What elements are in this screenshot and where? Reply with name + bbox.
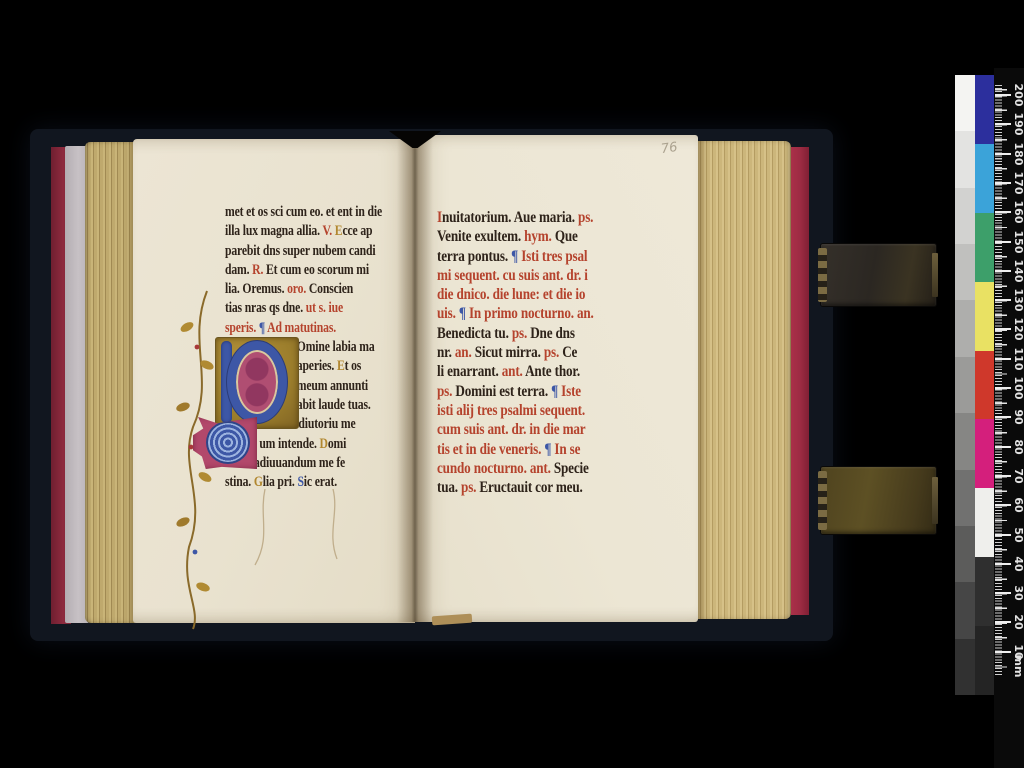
text-run-gold: D: [320, 436, 328, 452]
text-run-red: Ad matutinas.: [267, 320, 336, 336]
manuscript-text-line: illa lux magna allia. V. Ecce ap: [225, 222, 382, 241]
grayscale-patch: [955, 413, 975, 469]
text-run-red: ps.: [437, 383, 455, 400]
text-run-ink: omi: [328, 436, 346, 452]
grayscale-patch: [955, 582, 975, 638]
ruler-tick-label: 110: [1013, 347, 1024, 371]
manuscript-text-line: speris. ¶ Ad matutinas.: [225, 319, 382, 338]
grayscale-patch: [955, 357, 975, 413]
pen-flourish-decoration: [241, 489, 381, 571]
text-run-ink: aperies.: [297, 358, 337, 374]
right-page-stack-edge: [698, 141, 791, 619]
text-run-ink: terra pontus.: [437, 248, 511, 265]
manuscript-text-line: dam. R. Et cum eo scorum mi: [225, 261, 382, 280]
text-run-red: ant.: [502, 363, 525, 380]
clasp-hinge: [818, 248, 827, 302]
book-clasp-bottom: [821, 467, 936, 534]
color-patch: [975, 75, 994, 144]
text-run-red: oro.: [287, 281, 309, 297]
ruler-tick-label: 20: [1013, 610, 1024, 634]
ruler-tick-label: 70: [1013, 464, 1024, 488]
color-patch: [975, 488, 994, 557]
manuscript-text-line: Inuitatorium. Aue maria. ps.: [437, 208, 594, 227]
text-run-ink: met et os sci cum eo. et ent in die: [225, 204, 382, 220]
clasp-hinge: [818, 471, 827, 530]
ruler-tick-label: 50: [1013, 523, 1024, 547]
grayscale-patch: [955, 188, 975, 244]
ruler-major-tick: [995, 621, 1011, 623]
text-run-ink: abit laude tuas.: [297, 397, 371, 413]
ruler-tick-label: 90: [1013, 405, 1024, 429]
text-run-red: R.: [252, 262, 266, 278]
text-run-ink: Eructauit cor meu.: [479, 479, 582, 496]
text-run-ink: Benedicta tu.: [437, 325, 512, 342]
text-run-ink: nuitatorium. Aue maria.: [442, 209, 578, 226]
mm-ruler: mm 2001901801701601501401301201101009080…: [994, 68, 1024, 768]
clasp-catch: [932, 477, 938, 524]
ruler-major-tick: [995, 94, 1011, 96]
text-run-ink: Omine labia ma: [297, 339, 375, 355]
ruler-tick-label: 200: [1013, 83, 1024, 107]
color-patch: [975, 144, 994, 213]
grayscale-patch: [955, 470, 975, 526]
ruler-tick-label: 30: [1013, 581, 1024, 605]
manuscript-text-line: nr. an. Sicut mirra. ps. Ce: [437, 343, 594, 362]
text-run-ink: tias nras qs dne.: [225, 300, 306, 316]
text-run-red: tis et in die veneris.: [437, 441, 544, 458]
text-run-ink: illa lux magna allia.: [225, 223, 322, 239]
ruler-major-tick: [995, 651, 1011, 653]
folio-number: 76: [660, 140, 678, 157]
book-clasp-top: [821, 244, 936, 306]
ruler-major-tick: [995, 328, 1011, 330]
manuscript-text-line: die dnico. die lune: et die io: [437, 285, 594, 304]
text-run-red: uis.: [437, 305, 459, 322]
clasp-catch: [932, 253, 938, 296]
ruler-major-tick: [995, 416, 1011, 418]
ruler-major-tick: [995, 446, 1011, 448]
text-run-blue: ¶: [259, 320, 267, 336]
text-run-ink: Conscien: [309, 281, 353, 297]
manuscript-text-line: tias nras qs dne. ut s. iue: [225, 299, 382, 318]
text-run-red: In primo nocturno. an.: [469, 305, 594, 322]
text-run-ink: stina.: [225, 474, 254, 490]
manuscript-text-line: tua. ps. Eructauit cor meu.: [437, 478, 594, 497]
text-run-ink: li enarrant.: [437, 363, 502, 380]
text-run-red: cundo nocturno. ant.: [437, 460, 554, 477]
right-silk-edge: [791, 147, 809, 615]
text-run-ink: meum annunti: [297, 378, 368, 394]
text-run-red: ps.: [578, 209, 593, 226]
text-run-gold: G: [254, 474, 263, 490]
ruler-major-tick: [995, 563, 1011, 565]
text-run-blue: ¶: [459, 305, 469, 322]
text-run-ink: Venite exultem.: [437, 228, 524, 245]
ruler-tick-label: 160: [1013, 200, 1024, 224]
color-patch: [975, 419, 994, 488]
manuscript-text-line: parebit dns super nubem candi: [225, 242, 382, 261]
ruler-tick-label: 60: [1013, 493, 1024, 517]
text-run-red: ps.: [461, 479, 479, 496]
manuscript-text-line: lia. Oremus. oro. Conscien: [225, 280, 382, 299]
color-patch: [975, 557, 994, 626]
grayscale-patch: [955, 244, 975, 300]
color-calibration-strip: mm 2001901801701601501401301201101009080…: [955, 68, 1024, 768]
initial-letter-bowl: [227, 341, 287, 423]
page-gutter-shadow: [397, 135, 433, 622]
ruler-tick-label: 120: [1013, 317, 1024, 341]
manuscript-text-line: met et os sci cum eo. et ent in die: [225, 203, 382, 222]
color-patch: [975, 282, 994, 351]
manuscript-text-line: cundo nocturno. ant. Specie: [437, 459, 594, 478]
grayscale-patch: [955, 639, 975, 695]
text-run-ink: Domini est terra.: [455, 383, 551, 400]
ruler-tick-label: 180: [1013, 142, 1024, 166]
text-run-red: V.: [322, 223, 334, 239]
ruler-tick-label: 140: [1013, 259, 1024, 283]
text-run-gold: E: [335, 223, 343, 239]
photo-backdrop: met et os sci cum eo. et ent in dieilla …: [0, 0, 1024, 768]
text-run-red: ps.: [512, 325, 530, 342]
manuscript-text-line: Venite exultem. hym. Que: [437, 227, 594, 246]
text-run-ink: ic erat.: [304, 474, 337, 490]
grayscale-scale-column: [955, 75, 975, 695]
ruler-tick-label: 170: [1013, 171, 1024, 195]
grayscale-patch: [955, 131, 975, 187]
text-run-ink: Ce: [562, 344, 577, 361]
text-run-ink: Et cum eo scorum mi: [266, 262, 369, 278]
text-run-red: ps.: [544, 344, 562, 361]
text-run-ink: lia. Oremus.: [225, 281, 287, 297]
text-run-ink: dam.: [225, 262, 252, 278]
ruler-major-tick: [995, 475, 1011, 477]
text-run-ink: Que: [555, 228, 578, 245]
ruler-major-tick: [995, 153, 1011, 155]
grayscale-patch: [955, 300, 975, 356]
text-run-blue: ¶: [511, 248, 521, 265]
ruler-major-tick: [995, 504, 1011, 506]
text-run-ink: Dne dns: [530, 325, 575, 342]
ruler-major-tick: [995, 299, 1011, 301]
text-run-ink: Ante thor.: [525, 363, 580, 380]
left-page-stack-edge: [85, 142, 136, 623]
text-run-ink: nr.: [437, 344, 455, 361]
manuscript-text-line: tis et in die veneris. ¶ In se: [437, 440, 594, 459]
grayscale-patch: [955, 526, 975, 582]
text-run-ink: um intende.: [259, 436, 319, 452]
manuscript-text-line: uis. ¶ In primo nocturno. an.: [437, 304, 594, 323]
color-patch: [975, 213, 994, 282]
ruler-tick-label: 80: [1013, 435, 1024, 459]
text-run-ink: lia pri.: [263, 474, 298, 490]
text-run-red: speris.: [225, 320, 259, 336]
grayscale-patch: [955, 75, 975, 131]
ruler-major-tick: [995, 182, 1011, 184]
color-patch: [975, 626, 994, 695]
ruler-tick-label: 40: [1013, 552, 1024, 576]
text-run-red: isti alij tres psalmi sequent.: [437, 402, 585, 419]
ruler-tick-label: 130: [1013, 288, 1024, 312]
text-run-ink: Specie: [554, 460, 589, 477]
ruler-major-tick: [995, 534, 1011, 536]
ruler-major-tick: [995, 358, 1011, 360]
text-run-ink: Sicut mirra.: [475, 344, 544, 361]
color-patch: [975, 351, 994, 420]
ruler-major-tick: [995, 123, 1011, 125]
color-patch-column: [975, 75, 994, 695]
illuminated-initial-large: [215, 337, 299, 429]
manuscript-text-line: mi sequent. cu suis ant. dr. i: [437, 266, 594, 285]
left-manuscript-page: met et os sci cum eo. et ent in dieilla …: [133, 139, 415, 623]
manuscript-text-line: li enarrant. ant. Ante thor.: [437, 362, 594, 381]
text-run-red: an.: [455, 344, 475, 361]
text-run-red: ut s. iue: [306, 300, 343, 316]
text-run-red: Iste: [561, 383, 581, 400]
text-run-red: Isti tres psal: [521, 248, 587, 265]
ruler-tick-label: 150: [1013, 230, 1024, 254]
ruler-tick-label: 10: [1013, 640, 1024, 664]
text-run-red: hym.: [524, 228, 555, 245]
ruler-major-tick: [995, 270, 1011, 272]
manuscript-text-line: cum suis ant. dr. in die mar: [437, 420, 594, 439]
ruler-tick-label: 100: [1013, 376, 1024, 400]
ruler-major-tick: [995, 592, 1011, 594]
ruler-tick-label: 190: [1013, 112, 1024, 136]
ruler-major-tick: [995, 211, 1011, 213]
text-run-red: mi sequent. cu suis ant. dr. i: [437, 267, 588, 284]
text-run-blue: ¶: [544, 441, 554, 458]
text-run-ink: cce ap: [342, 223, 372, 239]
ruler-major-tick: [995, 387, 1011, 389]
ruler-major-tick: [995, 241, 1011, 243]
text-run-ink: parebit dns super nubem candi: [225, 243, 375, 259]
manuscript-text-line: Benedicta tu. ps. Dne dns: [437, 324, 594, 343]
manuscript-text-line: isti alij tres psalmi sequent.: [437, 401, 594, 420]
manuscript-text-line: ps. Domini est terra. ¶ Iste: [437, 382, 594, 401]
text-run-ink: tua.: [437, 479, 461, 496]
small-initial-bowl: [206, 421, 250, 464]
text-run-red: cum suis ant. dr. in die mar: [437, 421, 585, 438]
right-manuscript-page: 76 Inuitatorium. Aue maria. ps.Venite ex…: [415, 135, 698, 622]
text-run-blue: ¶: [551, 383, 561, 400]
text-run-red: die dnico. die lune: et die io: [437, 286, 585, 303]
text-run-ink: t os: [345, 358, 362, 374]
text-run-red: In se: [554, 441, 580, 458]
manuscript-text-line: terra pontus. ¶ Isti tres psal: [437, 247, 594, 266]
right-page-text-block: Inuitatorium. Aue maria. ps.Venite exult…: [437, 208, 594, 497]
